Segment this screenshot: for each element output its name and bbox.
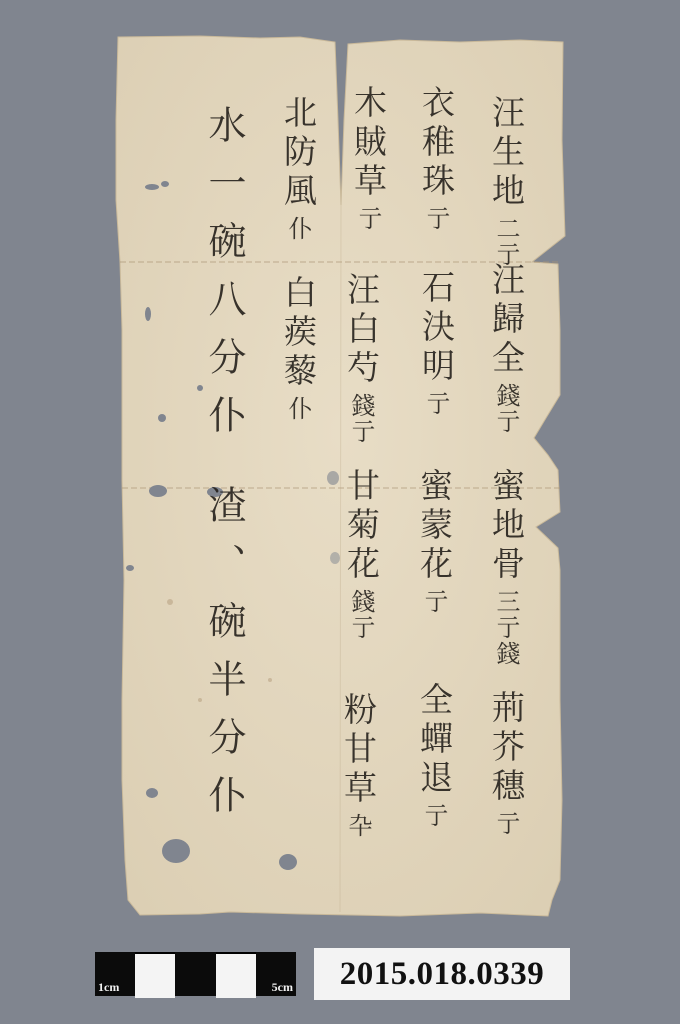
herb-dose: 三亍錢 bbox=[494, 589, 518, 667]
herb-dose: 亍 bbox=[356, 206, 380, 232]
prescription-entry: 汪歸全錢亍 bbox=[490, 262, 523, 435]
herb-name: 汪白芍 bbox=[342, 272, 381, 389]
prescription-entry: 石決明亍 bbox=[420, 270, 453, 417]
scale-segment bbox=[216, 954, 256, 998]
prescription-entry: 汪白芍錢亍 bbox=[345, 272, 378, 445]
herb-name: 荊芥穗 bbox=[487, 690, 526, 807]
herb-name: 白蒺藜 bbox=[279, 275, 318, 392]
herb-dose: 錢亍 bbox=[349, 589, 373, 641]
herb-dose: 卆 bbox=[346, 813, 370, 839]
scale-segment bbox=[175, 952, 215, 996]
herb-name: 全蟬退 bbox=[415, 682, 454, 799]
herb-dose: 亍 bbox=[424, 206, 448, 232]
herb-dose: 亍 bbox=[424, 391, 448, 417]
herb-dose: 亍 bbox=[494, 811, 518, 837]
herb-dose: 錢亍 bbox=[494, 383, 518, 435]
prescription-entry: 北防風仆 bbox=[282, 95, 315, 242]
prescription-entry: 全蟬退亍 bbox=[418, 682, 451, 829]
catalog-id-label: 2015.018.0339 bbox=[314, 948, 570, 1000]
prescription-entry: 衣稚珠亍 bbox=[420, 85, 453, 232]
scale-label-end: 5cm bbox=[272, 980, 293, 995]
herb-dose: 亍 bbox=[422, 589, 446, 615]
prescription-entry: 白蒺藜仆 bbox=[282, 275, 315, 422]
herb-name: 蜜地骨 bbox=[487, 468, 526, 585]
prescription-entry: 汪生地二亍 bbox=[490, 95, 523, 268]
herb-dose: 仆 bbox=[286, 216, 310, 242]
prescription-entry: 荊芥穗亍 bbox=[490, 690, 523, 837]
prescription-entry: 蜜蒙花亍 bbox=[418, 468, 451, 615]
prescription-entry: 甘菊花錢亍 bbox=[345, 468, 378, 641]
herb-dose: 錢亍 bbox=[349, 393, 373, 445]
herb-dose: 亍 bbox=[422, 803, 446, 829]
herb-dose: 仆 bbox=[286, 396, 310, 422]
prescription-entry: 蜜地骨三亍錢 bbox=[490, 468, 523, 667]
herb-name: 甘菊花 bbox=[342, 468, 381, 585]
paper-sheet bbox=[0, 0, 680, 1024]
scale-label-start: 1cm bbox=[98, 980, 119, 995]
herb-name: 汪生地 bbox=[487, 95, 526, 212]
scale-segment bbox=[135, 954, 175, 998]
preparation-instruction: 水一碗八分仆 bbox=[205, 105, 243, 453]
herb-name: 北防風 bbox=[279, 95, 318, 212]
prescription-entry: 粉甘草卆 bbox=[342, 692, 375, 839]
herb-name: 木賊草 bbox=[349, 85, 388, 202]
preparation-instruction: 渣、碗半分仆 bbox=[205, 485, 243, 833]
herb-name: 衣稚珠 bbox=[417, 85, 456, 202]
instruction-text: 水一碗八分仆 bbox=[202, 105, 246, 453]
catalog-id-text: 2015.018.0339 bbox=[340, 956, 545, 993]
prescription-entry: 木賊草亍 bbox=[352, 85, 385, 232]
herb-name: 石決明 bbox=[417, 270, 456, 387]
scale-bar: 1cm 5cm bbox=[95, 952, 296, 996]
herb-name: 汪歸全 bbox=[487, 262, 526, 379]
instruction-text: 渣、碗半分仆 bbox=[202, 485, 246, 833]
herb-name: 粉甘草 bbox=[339, 692, 378, 809]
artifact-photo: 汪生地二亍 汪歸全錢亍 蜜地骨三亍錢 荊芥穗亍 衣稚珠亍 石決明亍 蜜蒙花亍 全… bbox=[0, 0, 680, 1024]
herb-name: 蜜蒙花 bbox=[415, 468, 454, 585]
herb-dose: 二亍 bbox=[494, 216, 518, 268]
